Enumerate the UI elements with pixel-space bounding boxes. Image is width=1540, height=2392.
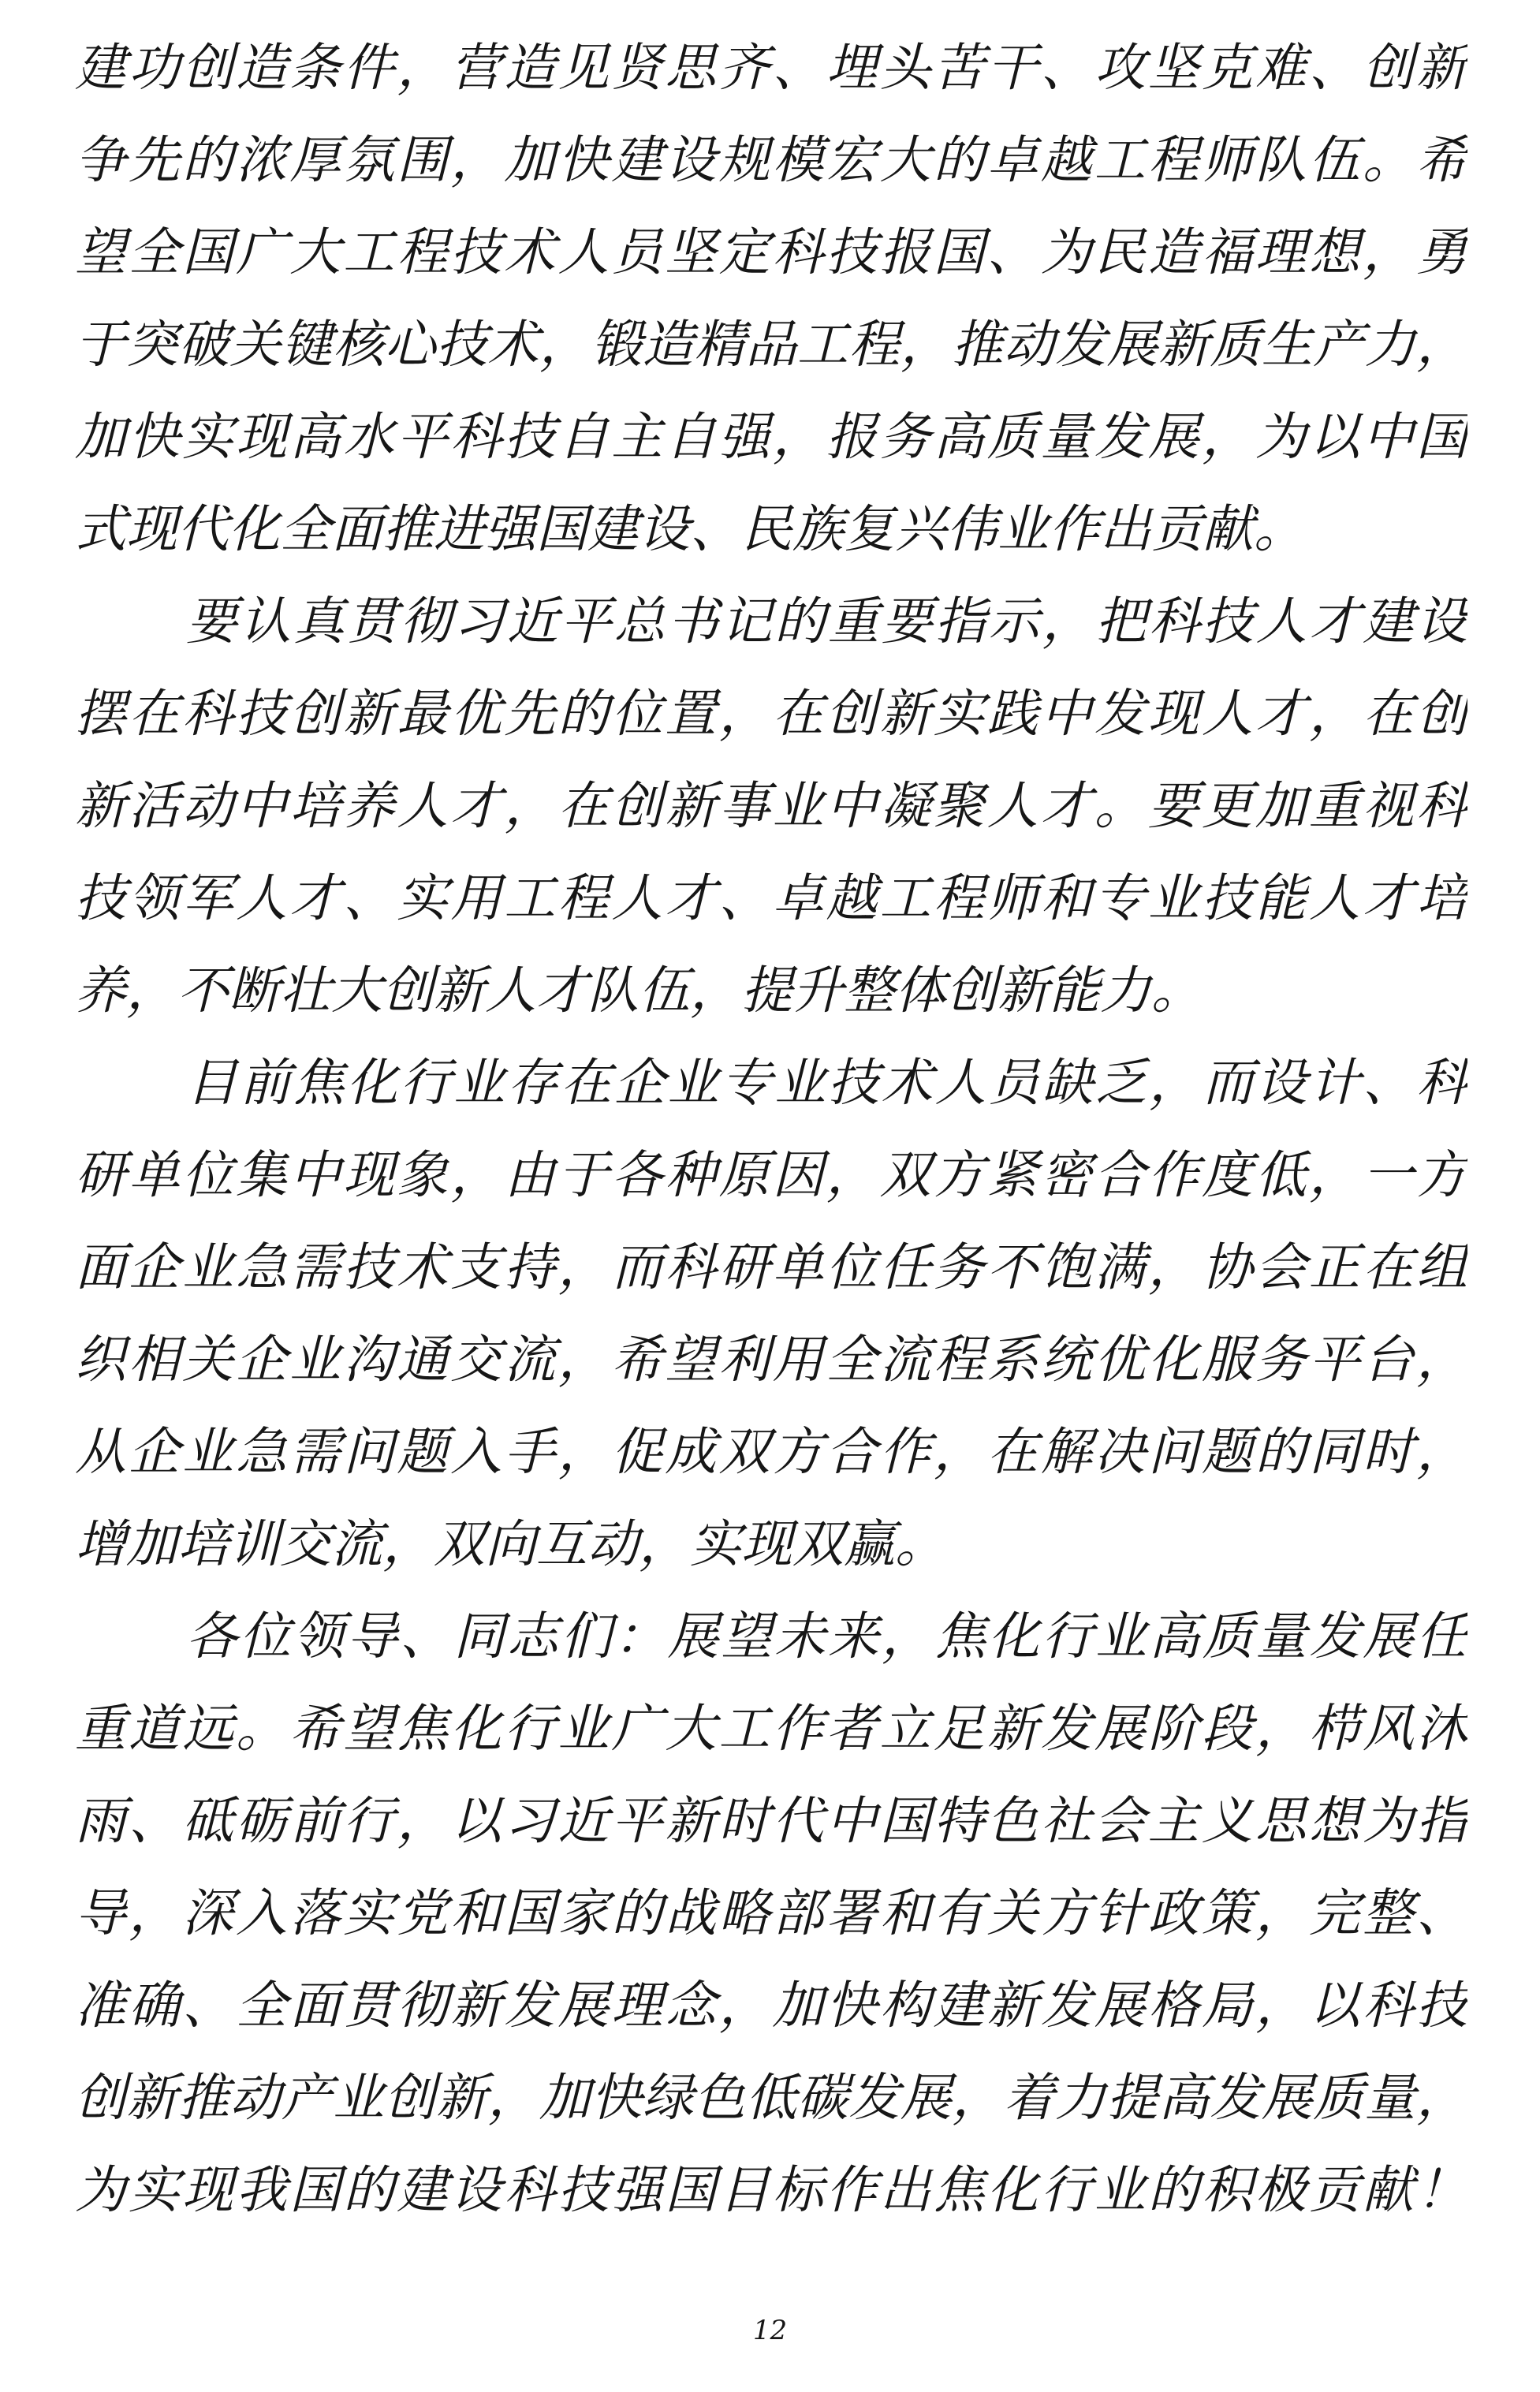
text-line: 摆在科技创新最优先的位置，在创新实践中发现人才，在创 xyxy=(75,668,1467,760)
text-line: 各位领导、同志们：展望未来，焦化行业高质量发展任 xyxy=(75,1591,1467,1683)
text-line: 争先的浓厚氛围，加快建设规模宏大的卓越工程师队伍。希 xyxy=(75,114,1467,207)
text-line: 重道远。希望焦化行业广大工作者立足新发展阶段，栉风沐 xyxy=(75,1683,1467,1775)
text-line: 建功创造条件，营造见贤思齐、埋头苦干、攻坚克难、创新 xyxy=(75,22,1467,114)
paragraph: 各位领导、同志们：展望未来，焦化行业高质量发展任重道远。希望焦化行业广大工作者立… xyxy=(75,1591,1467,2237)
text-line: 研单位集中现象，由于各种原因，双方紧密合作度低，一方 xyxy=(75,1129,1467,1222)
text-line: 面企业急需技术支持，而科研单位任务不饱满，协会正在组 xyxy=(75,1222,1467,1314)
text-line: 技领军人才、实用工程人才、卓越工程师和专业技能人才培 xyxy=(75,853,1467,945)
text-line: 织相关企业沟通交流，希望利用全流程系统优化服务平台， xyxy=(75,1314,1467,1406)
page-number: 12 xyxy=(0,2311,1540,2350)
text-line: 为实现我国的建设科技强国目标作出焦化行业的积极贡献！ xyxy=(75,2144,1467,2237)
text-line: 于突破关键核心技术，锻造精品工程，推动发展新质生产力， xyxy=(75,299,1467,391)
text-line: 从企业急需问题入手，促成双方合作，在解决问题的同时， xyxy=(75,1406,1467,1498)
text-line: 望全国广大工程技术人员坚定科技报国、为民造福理想，勇 xyxy=(75,207,1467,299)
paragraph: 要认真贯彻习近平总书记的重要指示，把科技人才建设摆在科技创新最优先的位置，在创新… xyxy=(75,576,1467,1037)
text-line: 新活动中培养人才，在创新事业中凝聚人才。要更加重视科 xyxy=(75,760,1467,853)
text-line: 养，不断壮大创新人才队伍，提升整体创新能力。 xyxy=(75,945,1467,1037)
text-line: 雨、砥砺前行，以习近平新时代中国特色社会主义思想为指 xyxy=(75,1775,1467,1868)
text-line: 要认真贯彻习近平总书记的重要指示，把科技人才建设 xyxy=(75,576,1467,668)
text-line: 式现代化全面推进强国建设、民族复兴伟业作出贡献。 xyxy=(75,483,1467,576)
text-line: 目前焦化行业存在企业专业技术人员缺乏，而设计、科 xyxy=(75,1037,1467,1129)
text-line: 加快实现高水平科技自主自强，报务高质量发展，为以中国 xyxy=(75,391,1467,483)
text-line: 导，深入落实党和国家的战略部署和有关方针政策，完整、 xyxy=(75,1868,1467,1960)
paragraph: 建功创造条件，营造见贤思齐、埋头苦干、攻坚克难、创新争先的浓厚氛围，加快建设规模… xyxy=(75,22,1467,576)
document-body: 建功创造条件，营造见贤思齐、埋头苦干、攻坚克难、创新争先的浓厚氛围，加快建设规模… xyxy=(75,22,1467,2237)
text-line: 增加培训交流，双向互动，实现双赢。 xyxy=(75,1498,1467,1591)
document-page: 建功创造条件，营造见贤思齐、埋头苦干、攻坚克难、创新争先的浓厚氛围，加快建设规模… xyxy=(0,0,1540,2392)
text-line: 创新推动产业创新，加快绿色低碳发展，着力提高发展质量， xyxy=(75,2052,1467,2144)
paragraph: 目前焦化行业存在企业专业技术人员缺乏，而设计、科研单位集中现象，由于各种原因，双… xyxy=(75,1037,1467,1591)
text-line: 准确、全面贯彻新发展理念，加快构建新发展格局，以科技 xyxy=(75,1960,1467,2052)
